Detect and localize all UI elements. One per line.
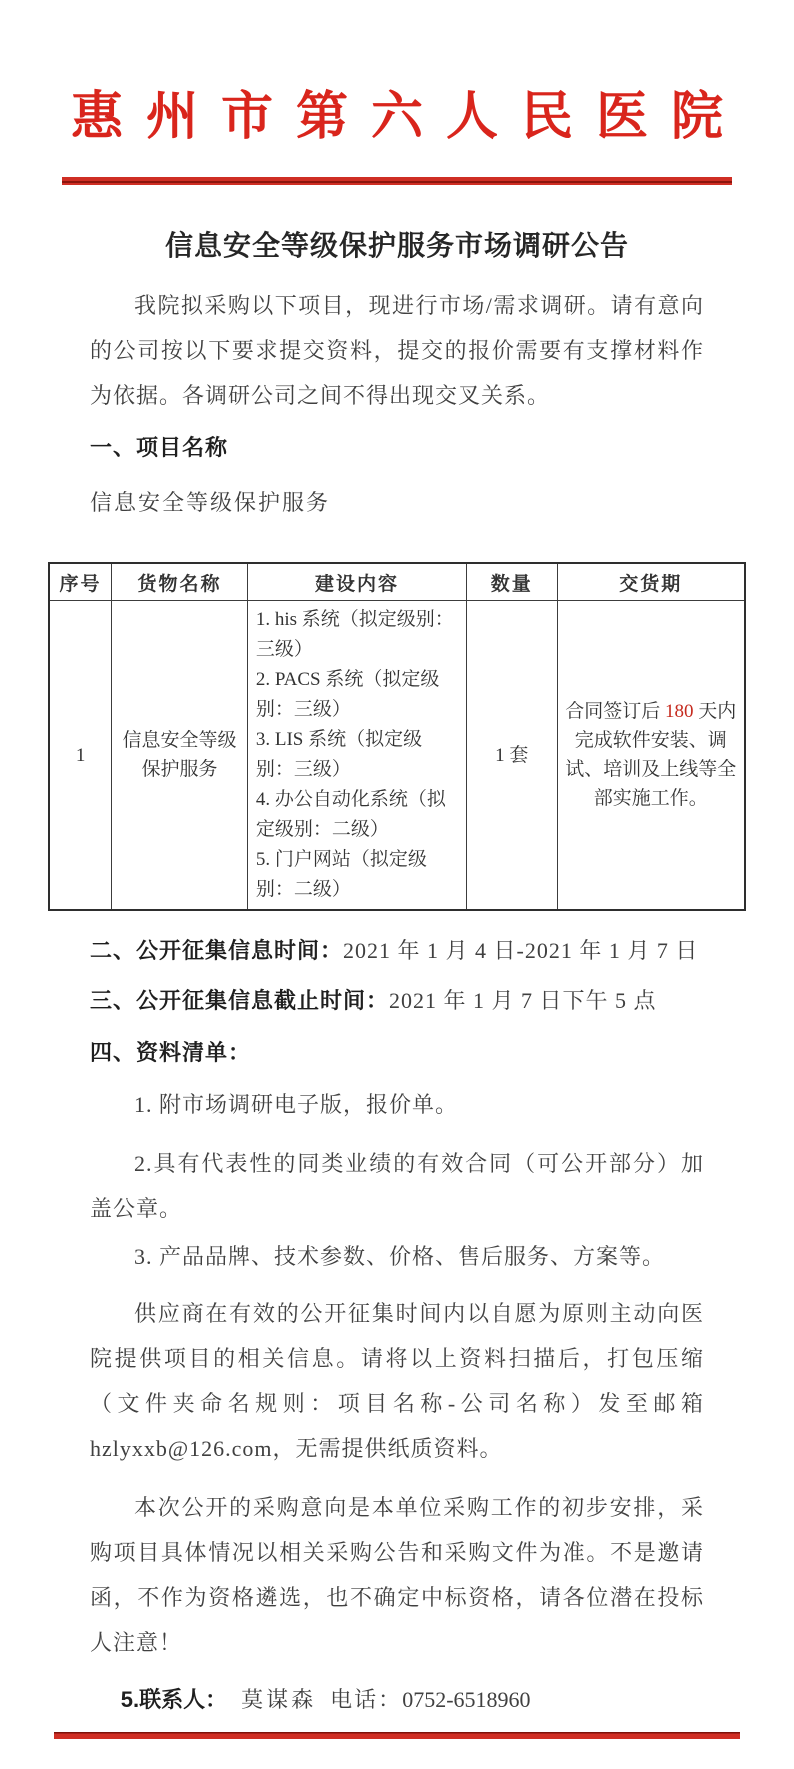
hospital-name: 惠州市第六人民医院 bbox=[62, 82, 755, 154]
header-delivery: 交货期 bbox=[557, 563, 745, 601]
content-item: 1. his 系统（拟定级别：三级） bbox=[256, 605, 458, 665]
contact-phone-number: 0752-6518960 bbox=[402, 1687, 530, 1712]
material-item-1: 1. 附市场调研电子版，报价单。 bbox=[90, 1089, 704, 1121]
contact-name: 莫谋森 bbox=[241, 1687, 316, 1712]
section-4-label: 四、资料清单： bbox=[90, 1040, 251, 1065]
section-2-value: 2021 年 1 月 4 日-2021 年 1 月 7 日 bbox=[343, 938, 698, 963]
cell-quantity: 1 套 bbox=[467, 601, 557, 911]
section-2-heading: 二、公开征集信息时间：2021 年 1 月 4 日-2021 年 1 月 7 日 bbox=[90, 935, 704, 967]
table-row: 1 信息安全等级保护服务 1. his 系统（拟定级别：三级） 2. PACS … bbox=[49, 601, 745, 911]
section-3-heading: 三、公开征集信息截止时间：2021 年 1 月 7 日下午 5 点 bbox=[90, 985, 704, 1017]
contact-phone-label: 电话： bbox=[330, 1687, 402, 1712]
section-1-heading: 一、项目名称 bbox=[90, 432, 704, 464]
delivery-text-prefix: 合同签订后 bbox=[565, 701, 665, 722]
content-item: 5. 门户网站（拟定级别：二级） bbox=[256, 845, 458, 905]
cell-index: 1 bbox=[49, 601, 112, 911]
procurement-table: 序号 货物名称 建设内容 数量 交货期 1 信息安全等级保护服务 1. his … bbox=[48, 562, 746, 911]
header-goods: 货物名称 bbox=[112, 563, 248, 601]
cell-delivery-period: 合同签订后 180 天内完成软件安装、调试、培训及上线等全部实施工作。 bbox=[557, 601, 745, 911]
submission-paragraph: 供应商在有效的公开征集时间内以自愿为原则主动向医院提供项目的相关信息。请将以上资… bbox=[90, 1291, 704, 1471]
content-item: 3. LIS 系统（拟定级别：三级） bbox=[256, 725, 458, 785]
section-4-heading: 四、资料清单： bbox=[90, 1037, 704, 1069]
section-2-label: 二、公开征集信息时间： bbox=[90, 938, 343, 963]
content-item: 4. 办公自动化系统（拟定级别：二级） bbox=[256, 785, 458, 845]
contact-line: 5.联系人：莫谋森电话：0752-6518960 bbox=[90, 1683, 704, 1716]
material-item-3: 3. 产品品牌、技术参数、价格、售后服务、方案等。 bbox=[90, 1241, 704, 1273]
table-header-row: 序号 货物名称 建设内容 数量 交货期 bbox=[49, 563, 745, 601]
header-content: 建设内容 bbox=[247, 563, 466, 601]
footer-divider-line bbox=[54, 1732, 740, 1739]
header-divider-line bbox=[62, 177, 732, 185]
cell-goods-name: 信息安全等级保护服务 bbox=[112, 601, 248, 911]
cell-construction-content: 1. his 系统（拟定级别：三级） 2. PACS 系统（拟定级别：三级） 3… bbox=[247, 601, 466, 911]
header-quantity: 数量 bbox=[467, 563, 557, 601]
notice-paragraph: 本次公开的采购意向是本单位采购工作的初步安排，采购项目具体情况以相关采购公告和采… bbox=[90, 1485, 704, 1665]
delivery-days-number: 180 bbox=[665, 701, 694, 722]
header-index: 序号 bbox=[49, 563, 112, 601]
document-page: 惠州市第六人民医院 信息安全等级保护服务市场调研公告 我院拟采购以下项目，现进行… bbox=[0, 0, 794, 1769]
material-item-2: 2.具有代表性的同类业绩的有效合同（可公开部分）加盖公章。 bbox=[90, 1141, 704, 1231]
contact-label: 5.联系人： bbox=[121, 1687, 227, 1712]
document-title: 信息安全等级保护服务市场调研公告 bbox=[48, 227, 746, 267]
section-3-value: 2021 年 1 月 7 日下午 5 点 bbox=[389, 988, 657, 1013]
project-name-text: 信息安全等级保护服务 bbox=[90, 488, 704, 518]
intro-paragraph: 我院拟采购以下项目，现进行市场/需求调研。请有意向的公司按以下要求提交资料，提交… bbox=[90, 283, 704, 418]
section-3-label: 三、公开征集信息截止时间： bbox=[90, 988, 389, 1013]
content-item: 2. PACS 系统（拟定级别：三级） bbox=[256, 665, 458, 725]
